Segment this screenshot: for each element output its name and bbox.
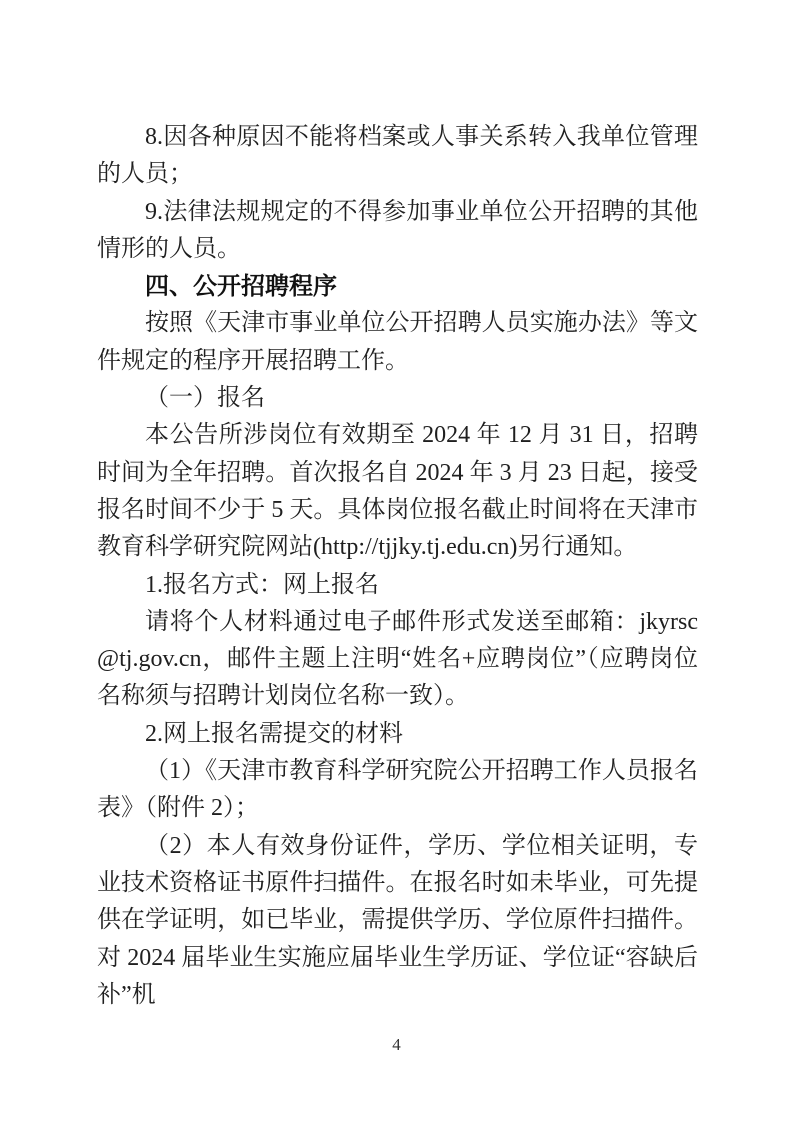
body-paragraph: （1）《天津市教育科学研究院公开招聘工作人员报名表》（附件 2）； — [97, 753, 698, 828]
body-paragraph: 请将个人材料通过电子邮件形式发送至邮箱：jkyrsc@tj.gov.cn，邮件主… — [97, 604, 698, 716]
subsection-heading: （一）报名 — [97, 380, 698, 417]
body-paragraph: 按照《天津市事业单位公开招聘人员实施办法》等文件规定的程序开展招聘工作。 — [97, 305, 698, 380]
page-number: 4 — [0, 1034, 793, 1056]
body-paragraph: 8.因各种原因不能将档案或人事关系转入我单位管理的人员； — [97, 119, 698, 194]
body-paragraph: 2.网上报名需提交的材料 — [97, 716, 698, 753]
body-paragraph: 1.报名方式：网上报名 — [97, 567, 698, 604]
document-page: 8.因各种原因不能将档案或人事关系转入我单位管理的人员； 9.法律法规规定的不得… — [0, 0, 793, 1122]
body-paragraph: 本公告所涉岗位有效期至 2024 年 12 月 31 日，招聘时间为全年招聘。首… — [97, 417, 698, 566]
document-body: 8.因各种原因不能将档案或人事关系转入我单位管理的人员； 9.法律法规规定的不得… — [97, 119, 698, 1014]
body-paragraph: 9.法律法规规定的不得参加事业单位公开招聘的其他情形的人员。 — [97, 194, 698, 269]
body-paragraph: （2）本人有效身份证件，学历、学位相关证明，专业技术资格证书原件扫描件。在报名时… — [97, 828, 698, 1014]
section-heading: 四、公开招聘程序 — [97, 268, 698, 305]
